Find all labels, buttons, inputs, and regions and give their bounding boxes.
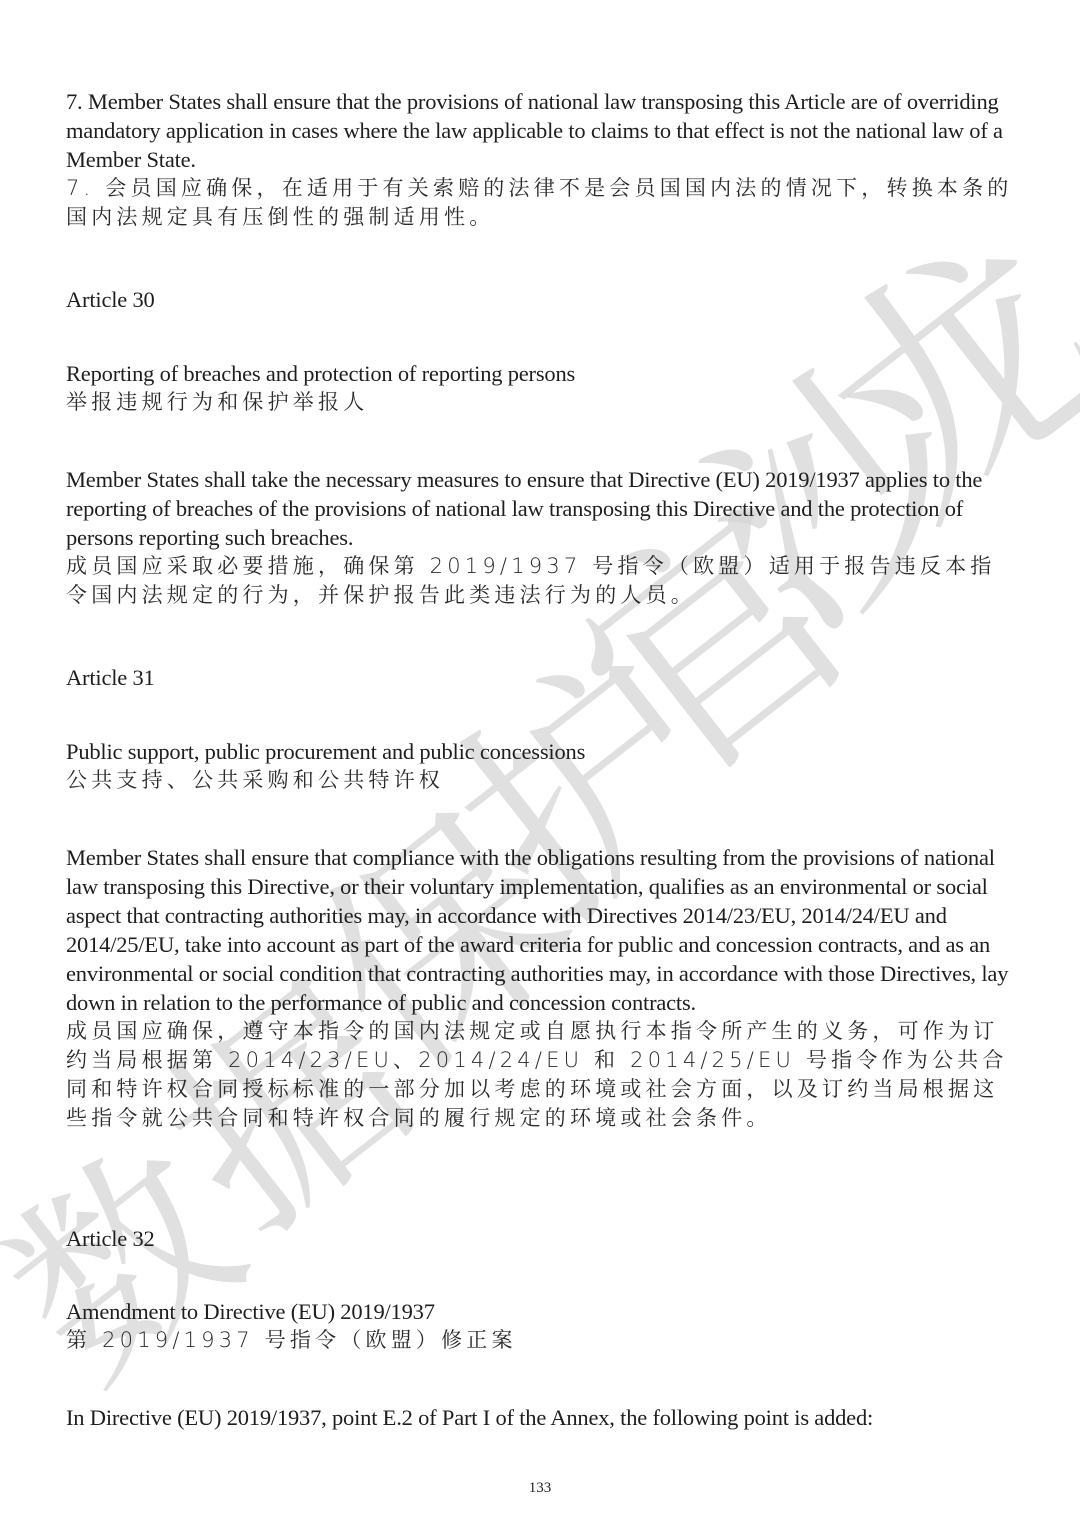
article-title-en: Amendment to Directive (EU) 2019/1937	[66, 1297, 1016, 1326]
article-30-heading: Article 30	[66, 285, 1016, 314]
article-31-body: Member States shall ensure that complian…	[66, 843, 1016, 1133]
article-32-title: Amendment to Directive (EU) 2019/1937 第 …	[66, 1297, 1016, 1355]
article-30-body: Member States shall take the necessary m…	[66, 465, 1016, 610]
article-32-body: In Directive (EU) 2019/1937, point E.2 o…	[66, 1403, 1016, 1432]
watermark-char: 数	[0, 1118, 272, 1413]
article-30-title: Reporting of breaches and protection of …	[66, 359, 1016, 417]
paragraph-7-zh: 7. 会员国应确保，在适用于有关索赔的法律不是会员国国内法的情况下，转换本条的国…	[66, 174, 1016, 232]
paragraph-7-en: 7. Member States shall ensure that the p…	[66, 87, 1016, 174]
article-title-zh: 公共支持、公共采购和公共特许权	[66, 766, 1016, 795]
article-title-zh: 第 2019/1937 号指令（欧盟）修正案	[66, 1326, 1016, 1355]
article-31-heading: Article 31	[66, 663, 1016, 692]
article-body-en: In Directive (EU) 2019/1937, point E.2 o…	[66, 1403, 1016, 1432]
article-32-heading: Article 32	[66, 1224, 1016, 1253]
article-31-title: Public support, public procurement and p…	[66, 737, 1016, 795]
article-body-zh: 成员国应采取必要措施，确保第 2019/1937 号指令（欧盟）适用于报告违反本…	[66, 552, 1016, 610]
article-title-zh: 举报违规行为和保护举报人	[66, 388, 1016, 417]
paragraph-7: 7. Member States shall ensure that the p…	[66, 87, 1016, 232]
article-body-en: Member States shall ensure that complian…	[66, 843, 1016, 1017]
article-title-en: Public support, public procurement and p…	[66, 737, 1016, 766]
article-body-en: Member States shall take the necessary m…	[66, 465, 1016, 552]
page-number: 133	[0, 1480, 1080, 1497]
article-heading: Article 32	[66, 1224, 1016, 1253]
article-title-en: Reporting of breaches and protection of …	[66, 359, 1016, 388]
article-body-zh: 成员国应确保，遵守本指令的国内法规定或自愿执行本指令所产生的义务，可作为订约当局…	[66, 1017, 1016, 1133]
article-heading: Article 30	[66, 285, 1016, 314]
article-heading: Article 31	[66, 663, 1016, 692]
